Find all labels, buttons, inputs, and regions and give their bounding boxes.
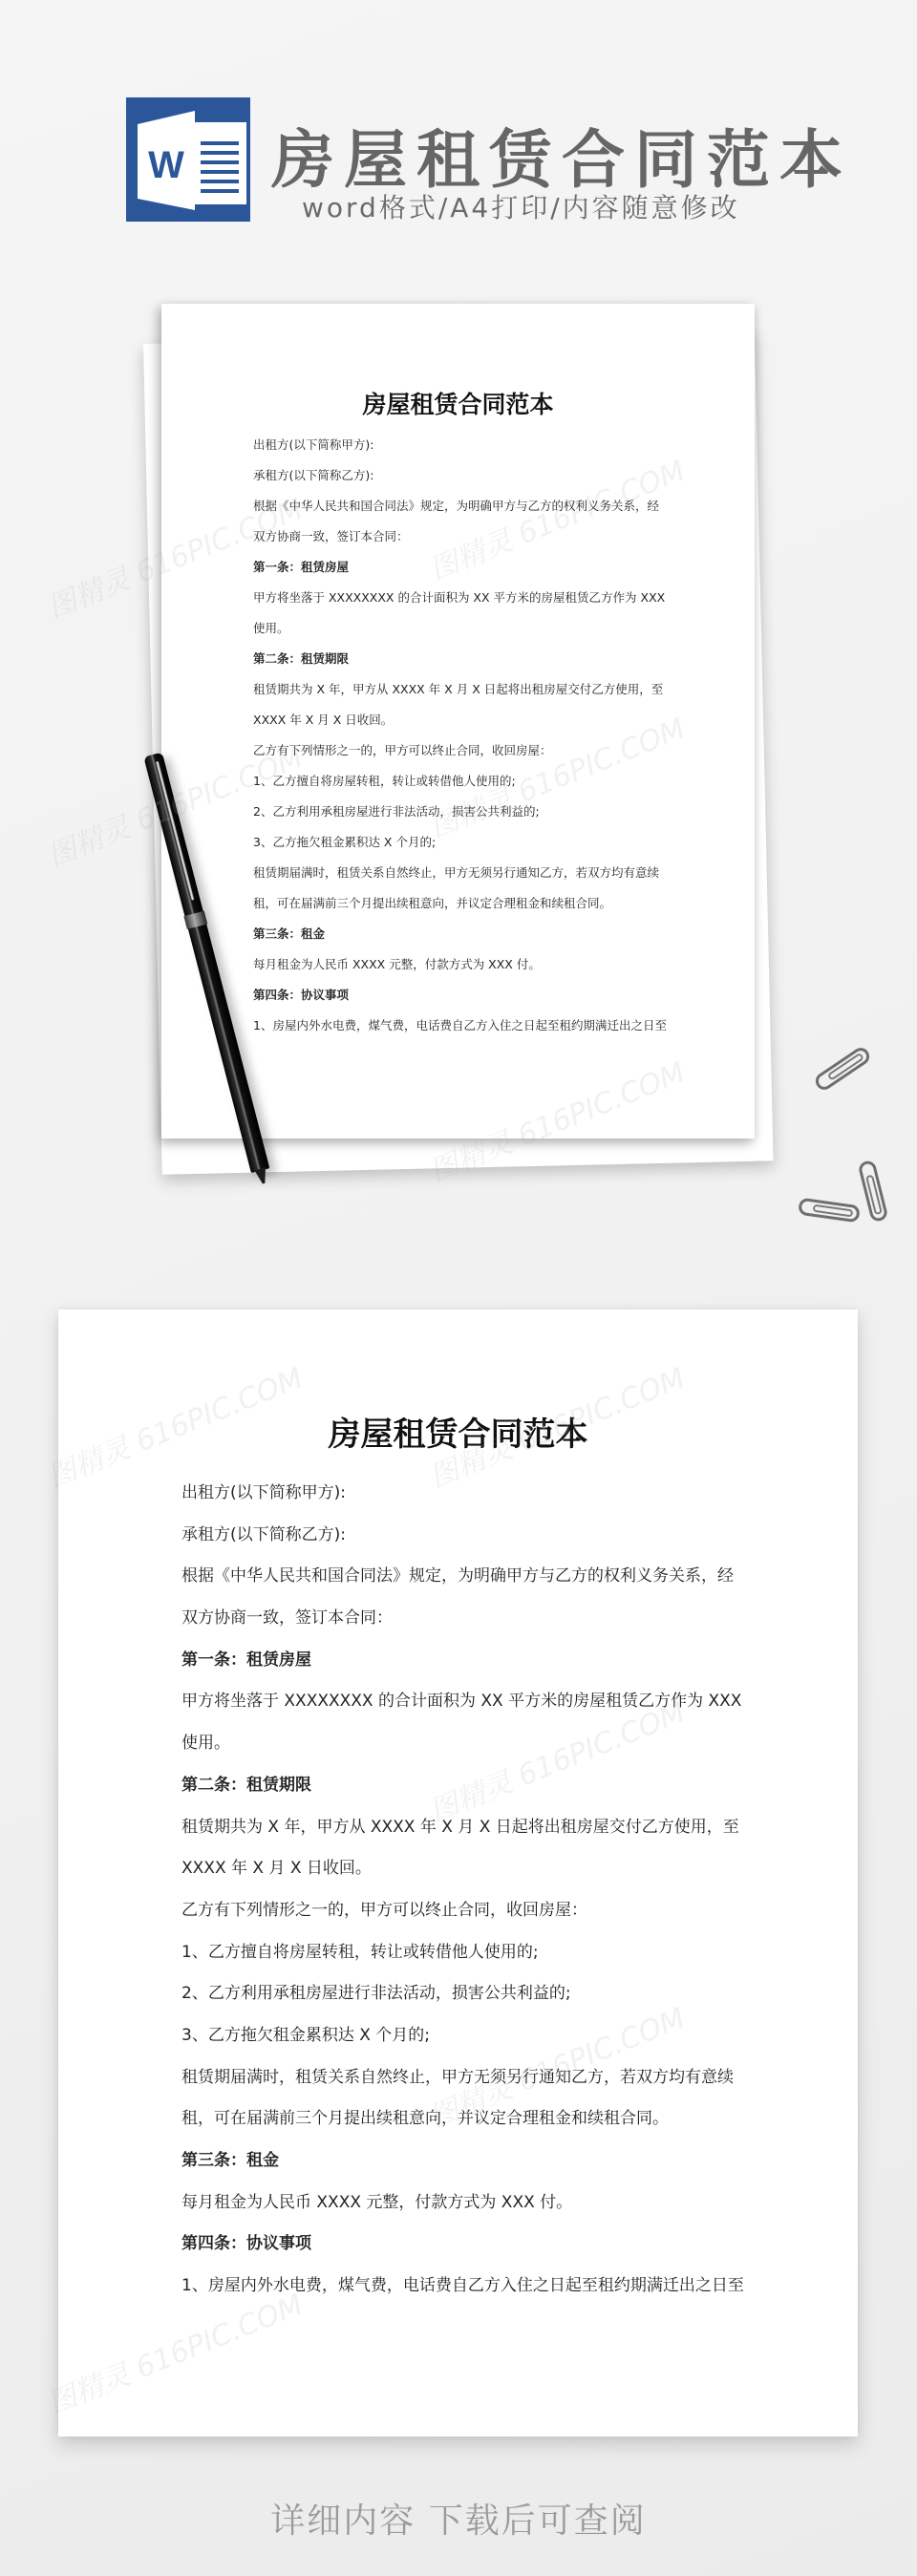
paper-clip-icon xyxy=(798,1198,861,1224)
document-line: 2、乙方利用承租房屋进行非法活动，损害公共利益的; xyxy=(181,1973,755,2015)
document-line: 出租方(以下简称甲方): xyxy=(181,1473,755,1515)
document-line: 3、乙方拖欠租金累积达 X 个月的; xyxy=(181,2015,755,2057)
preview-section-heading: 第二条：租赁期限 xyxy=(253,644,673,674)
document-line: 租赁期共为 X 年，甲方从 XXXX 年 X 月 X 日起将出租房屋交付乙方使用… xyxy=(181,1807,755,1849)
document-body: 出租方(以下简称甲方): 承租方(以下简称乙方): 根据《中华人民共和国合同法》… xyxy=(181,1473,755,2308)
document-line: 双方协商一致，签订本合同： xyxy=(181,1598,755,1640)
preview-line: 乙方有下列情形之一的，甲方可以终止合同，收回房屋： xyxy=(253,735,673,766)
paper-clip-icon xyxy=(858,1160,889,1223)
section-heading: 第四条：协议事项 xyxy=(181,2224,755,2266)
preview-line: 每月租金为人民币 XXXX 元整，付款方式为 XXX 付。 xyxy=(253,949,673,980)
preview-section-heading: 第一条：租赁房屋 xyxy=(253,552,673,583)
footer-notice: 详细内容 下载后可查阅 xyxy=(0,2501,917,2543)
preview-line: 出租方(以下简称甲方): xyxy=(253,430,673,460)
section-heading: 第一条：租赁房屋 xyxy=(181,1640,755,1682)
preview-section-heading: 第四条：协议事项 xyxy=(253,980,673,1011)
document-line: 甲方将坐落于 XXXXXXXX 的合计面积为 XX 平方米的房屋租赁乙方作为 X… xyxy=(181,1681,755,1723)
document-page-large: 房屋租赁合同范本 出租方(以下简称甲方): 承租方(以下简称乙方): 根据《中华… xyxy=(58,1309,858,2437)
preview-page-small: 房屋租赁合同范本 出租方(以下简称甲方): 承租方(以下简称乙方): 根据《中华… xyxy=(161,304,755,1139)
preview-line: 2、乙方利用承租房屋进行非法活动，损害公共利益的; xyxy=(253,797,673,827)
pen-band xyxy=(183,911,207,929)
document-line: 1、乙方擅自将房屋转租，转让或转借他人使用的; xyxy=(181,1932,755,1974)
document-line: 承租方(以下简称乙方): xyxy=(181,1515,755,1557)
preview-line: 租，可在届满前三个月提出续租意向，并议定合理租金和续租合同。 xyxy=(253,888,673,919)
preview-line: 租赁期共为 X 年，甲方从 XXXX 年 X 月 X 日起将出租房屋交付乙方使用… xyxy=(253,674,673,705)
preview-line: 根据《中华人民共和国合同法》规定，为明确甲方与乙方的权利义务关系，经 xyxy=(253,491,673,522)
preview-title: 房屋租赁合同范本 xyxy=(161,386,755,420)
preview-line: 3、乙方拖欠租金累积达 X 个月的; xyxy=(253,827,673,858)
header-subtitle: word格式/A4打印/内容随意修改 xyxy=(302,189,740,227)
document-line: 根据《中华人民共和国合同法》规定，为明确甲方与乙方的权利义务关系，经 xyxy=(181,1556,755,1598)
preview-line: 1、房屋内外水电费，煤气费，电话费自乙方入住之日起至租约期满迁出之日至 xyxy=(253,1011,673,1041)
header-title: 房屋租赁合同范本 xyxy=(271,122,902,199)
preview-body: 出租方(以下简称甲方): 承租方(以下简称乙方): 根据《中华人民共和国合同法》… xyxy=(253,430,673,1041)
document-line: XXXX 年 X 月 X 日收回。 xyxy=(181,1848,755,1890)
preview-line: 租赁期届满时，租赁关系自然终止，甲方无须另行通知乙方，若双方均有意续 xyxy=(253,858,673,888)
svg-text:W: W xyxy=(148,144,184,186)
document-line: 每月租金为人民币 XXXX 元整，付款方式为 XXX 付。 xyxy=(181,2182,755,2225)
word-logo-icon: W xyxy=(126,97,250,222)
preview-line: 1、乙方擅自将房屋转租，转让或转借他人使用的; xyxy=(253,766,673,797)
preview-line: 承租方(以下简称乙方): xyxy=(253,460,673,491)
document-line: 租赁期届满时，租赁关系自然终止，甲方无须另行通知乙方，若双方均有意续 xyxy=(181,2057,755,2099)
section-heading: 第二条：租赁期限 xyxy=(181,1765,755,1807)
word-document-icon: W xyxy=(126,97,250,222)
document-line: 乙方有下列情形之一的，甲方可以终止合同，收回房屋： xyxy=(181,1890,755,1932)
preview-line: 双方协商一致，签订本合同： xyxy=(253,522,673,552)
preview-line: 使用。 xyxy=(253,613,673,644)
section-heading: 第三条：租金 xyxy=(181,2140,755,2182)
document-line: 1、房屋内外水电费，煤气费，电话费自乙方入住之日起至租约期满迁出之日至 xyxy=(181,2266,755,2308)
preview-line: XXXX 年 X 月 X 日收回。 xyxy=(253,705,673,735)
preview-section-heading: 第三条：租金 xyxy=(253,919,673,949)
preview-line: 甲方将坐落于 XXXXXXXX 的合计面积为 XX 平方米的房屋租赁乙方作为 X… xyxy=(253,583,673,613)
document-line: 租，可在届满前三个月提出续租意向，并议定合理租金和续租合同。 xyxy=(181,2098,755,2140)
paper-clip-icon xyxy=(812,1045,872,1094)
document-title: 房屋租赁合同范本 xyxy=(58,1415,858,1455)
document-line: 使用。 xyxy=(181,1723,755,1765)
